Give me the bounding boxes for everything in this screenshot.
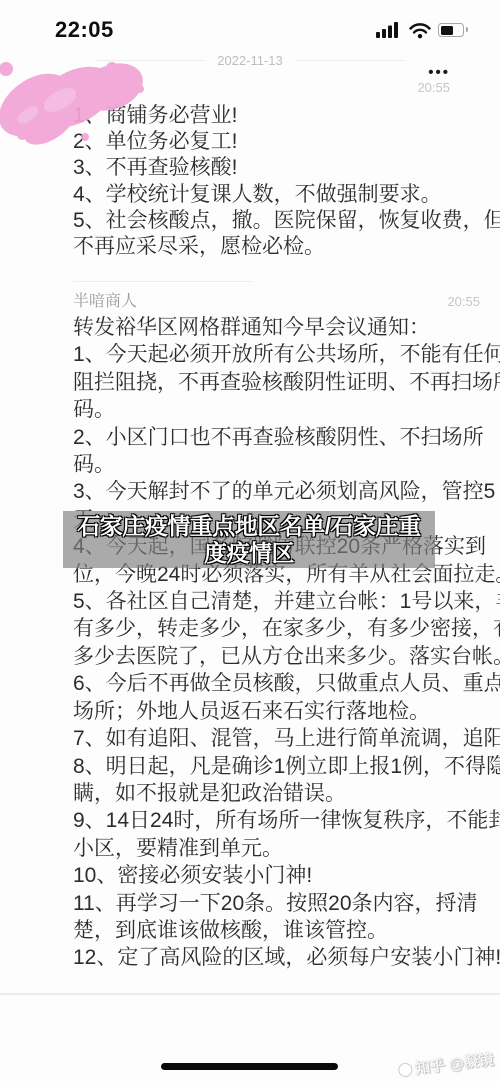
message-line: 阻拦阻挠，不再查验核酸阴性证明、不再扫场所	[73, 369, 485, 396]
more-dots-icon[interactable]: •••	[417, 66, 450, 80]
status-time: 22:05	[55, 17, 114, 43]
watermark-text: 知乎 @凝镜	[414, 1048, 495, 1078]
message2-header: 半喑商人 20:55	[73, 288, 480, 311]
message-line: 码。	[73, 396, 485, 423]
message1-time: 20:55	[417, 80, 450, 95]
message-line: 多少去医院了，已从方仓出来多少。落实台帐。	[73, 643, 485, 670]
date-text: 2022-11-13	[217, 53, 283, 68]
message-line: 4、学校统计复课人数，不做强制要求。	[73, 182, 485, 208]
message-line: 10、密接必须安装小门神!	[73, 862, 485, 889]
message-line: 5、社会核酸点，撤。医院保留，恢复收费，但	[73, 208, 485, 234]
message2-text: 转发裕华区网格群通知今早会议通知：1、今天起必须开放所有公共场所，不能有任何阻拦…	[73, 314, 485, 972]
cellular-signal-icon	[376, 21, 402, 39]
message-line: 小区，要精准到单元。	[73, 835, 485, 862]
message-line: 码。	[73, 451, 485, 478]
chat-screenshot: 22:05 2022-11-13	[0, 0, 500, 1081]
zhihu-logo-icon	[398, 1062, 414, 1078]
message-line: 1、今天起必须开放所有公共场所，不能有任何	[73, 341, 485, 368]
message-line: 2、小区门口也不再查验核酸阴性、不扫场所	[73, 424, 485, 451]
overlay-title: 石家庄疫情重点地区名单/石家庄重 度疫情区	[63, 511, 435, 568]
status-icons	[376, 21, 464, 39]
message-line: 5、各社区自己清楚，并建立台帐：1号以来，羊	[73, 588, 485, 615]
message1-meta: ••• 20:55	[417, 66, 450, 95]
message-line: 8、明日起，凡是确诊1例立即上报1例，不得隐	[73, 753, 485, 780]
battery-icon	[438, 23, 464, 37]
message-line: 转发裕华区网格群通知今早会议通知：	[73, 314, 485, 341]
pink-scribble-redaction	[0, 55, 160, 165]
message-line: 3、今天解封不了的单元必须划高风险，管控5	[73, 478, 485, 505]
bottom-divider	[0, 993, 500, 995]
message-line: 有多少，转走多少，在家多少，有多少密接，有	[73, 615, 485, 642]
message-line: 场所；外地人员返石来石实行落地检。	[73, 698, 485, 725]
status-bar: 22:05	[0, 12, 500, 48]
message-line: 9、14日24时，所有场所一律恢复秩序，不能封	[73, 807, 485, 834]
message-divider	[73, 281, 253, 282]
message-line: 6、今后不再做全员核酸，只做重点人员、重点	[73, 670, 485, 697]
message2-time: 20:55	[447, 294, 480, 309]
sender-name[interactable]: 半喑商人	[73, 288, 137, 311]
home-indicator[interactable]	[161, 1063, 338, 1070]
overlay-title-line1: 石家庄疫情重点地区名单/石家庄重	[77, 513, 420, 540]
message-line: 瞒，如不报就是犯政治错误。	[73, 780, 485, 807]
message-line: 11、再学习一下20条。按照20条内容，捋清	[73, 890, 485, 917]
message-line: 楚，到底谁该做核酸，谁该管控。	[73, 917, 485, 944]
overlay-title-line2: 度疫情区	[204, 540, 294, 567]
wifi-icon	[409, 22, 431, 39]
divider-line	[295, 60, 405, 61]
message-line: 12、定了高风险的区域，必须每户安装小门神!	[73, 944, 485, 971]
message-line: 不再应采尽采，愿检必检。	[73, 234, 485, 260]
message-line: 7、如有追阳、混管，马上进行简单流调，追阳。	[73, 725, 485, 752]
watermark: 知乎 @凝镜	[397, 1048, 495, 1081]
